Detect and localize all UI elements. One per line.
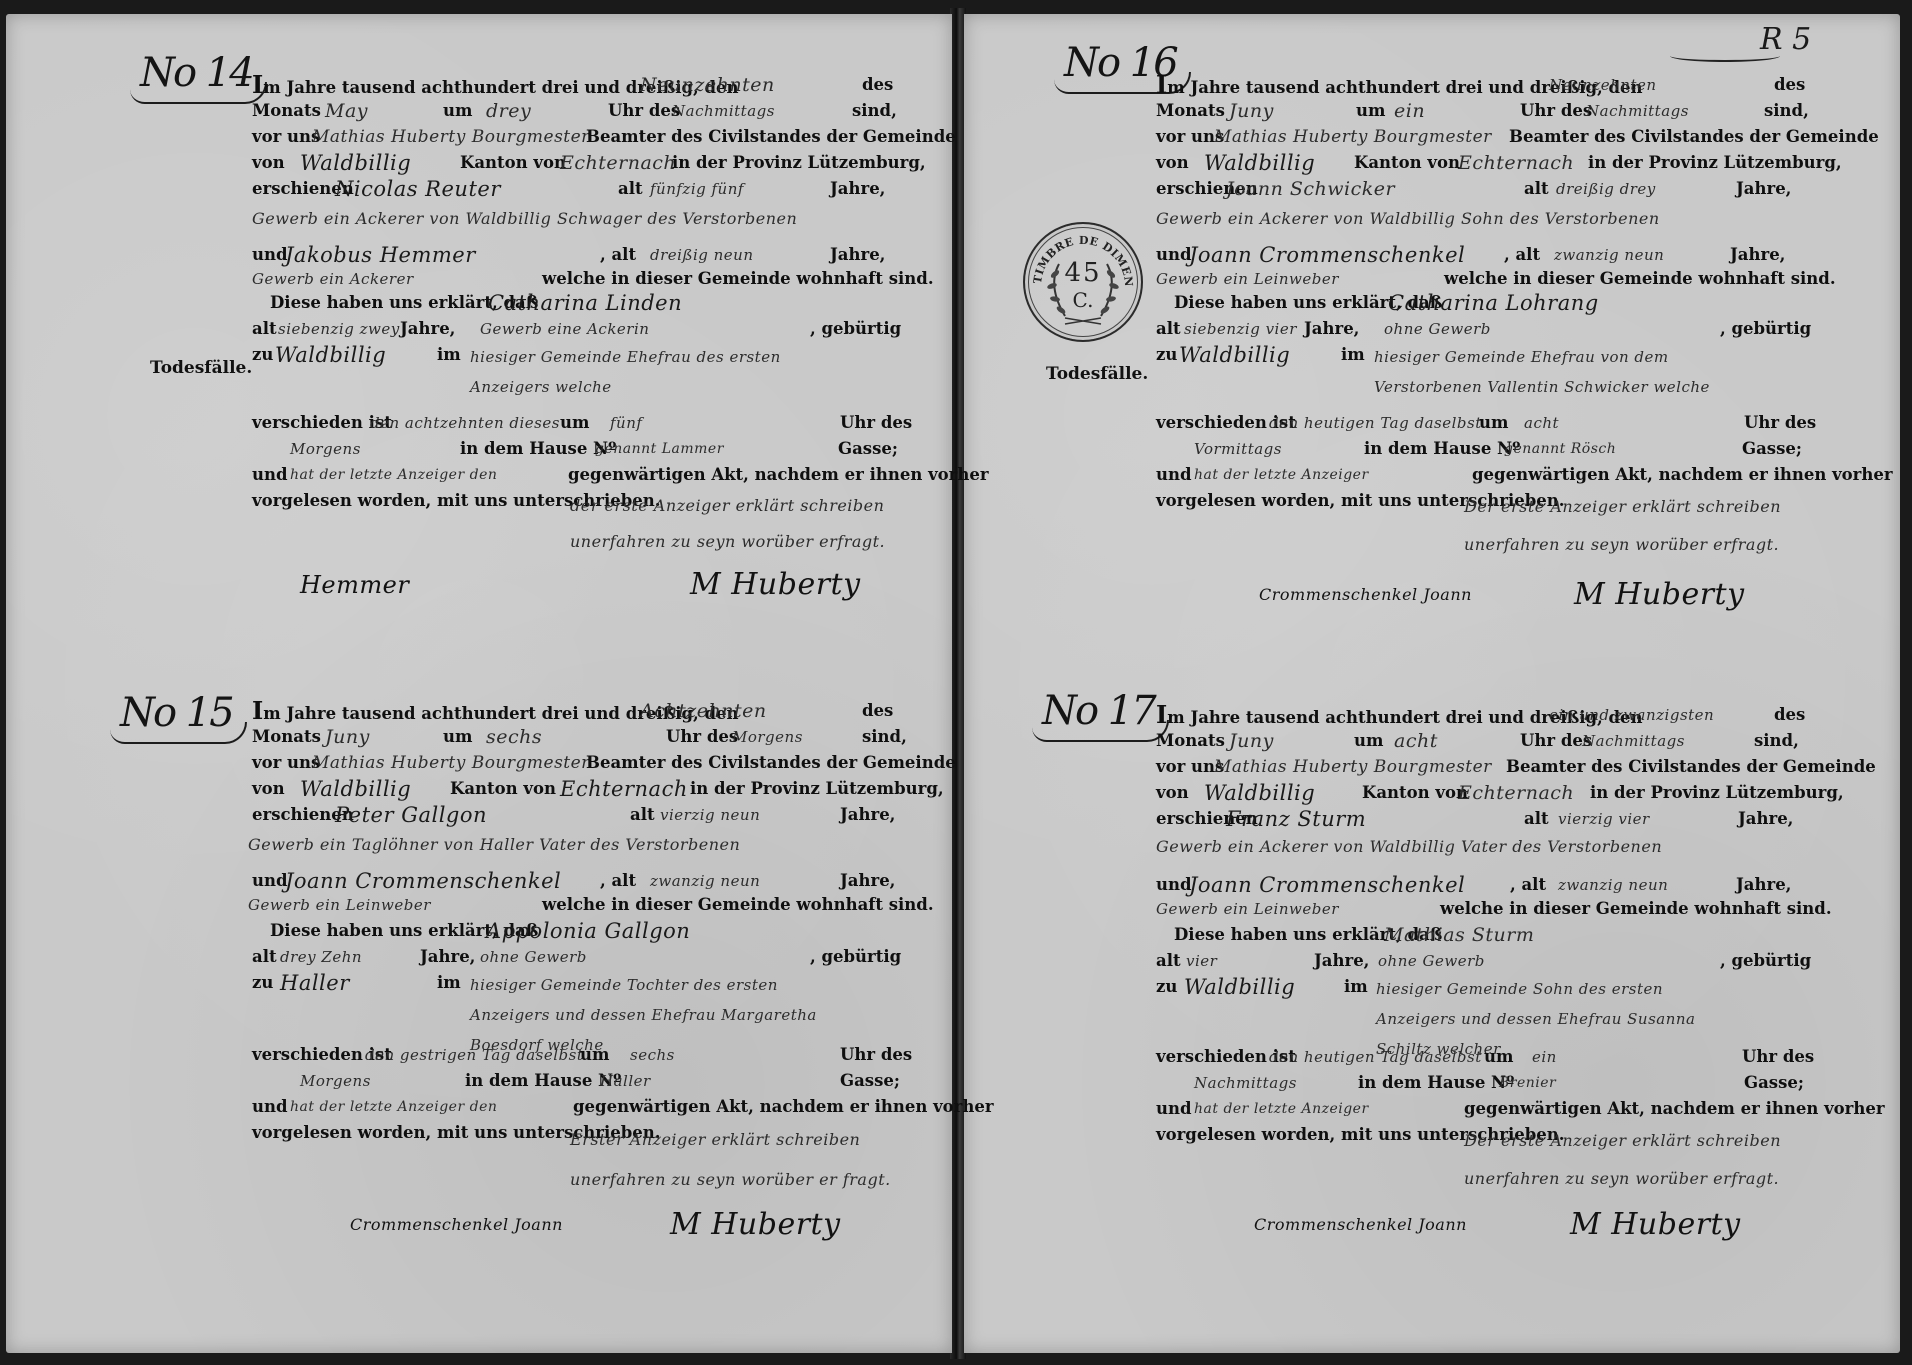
- deceased-occupation: Gewerb eine Ackerin: [480, 316, 649, 342]
- printed-text: Jahre,: [1314, 948, 1369, 974]
- printed-text: Uhr des: [840, 1042, 912, 1068]
- witness2-age: zwanzig neun: [650, 868, 760, 894]
- printed-text: in der Provinz Lützemburg,: [1588, 150, 1842, 176]
- printed-text: Jahre,: [830, 242, 885, 268]
- printed-text: welche in dieser Gemeinde wohnhaft sind.: [542, 266, 934, 292]
- entry-hour: sechs: [486, 724, 542, 750]
- entry-day: Neunzehnten: [640, 72, 775, 98]
- printed-text: um: [443, 98, 472, 124]
- entry-canton: Echternach: [560, 150, 676, 176]
- printed-text: Jahre,: [1736, 176, 1791, 202]
- printed-text: Beamter des Civilstandes der Gemeinde: [1506, 754, 1876, 780]
- printed-text: um: [1356, 98, 1385, 124]
- printed-text: Uhr des: [1742, 1044, 1814, 1070]
- death-day: den heutigen Tag daselbst: [1269, 1044, 1482, 1070]
- entry-month: Juny: [1229, 728, 1274, 754]
- printed-text: alt: [618, 176, 643, 202]
- printed-text: alt: [1156, 316, 1181, 342]
- deceased-name: Appolonia Gallgon: [486, 918, 690, 944]
- printed-text: und: [1156, 1096, 1192, 1122]
- entry-commune: Waldbillig: [300, 150, 411, 176]
- printed-text: , alt: [1510, 872, 1546, 898]
- witness2-name: Joann Crommenschenkel: [1189, 242, 1465, 268]
- entry-month: Juny: [1229, 98, 1274, 124]
- signature-witness: Crommenschenkel Joann: [1254, 1212, 1467, 1238]
- printed-text: Jahre,: [400, 316, 455, 342]
- printed-text: Monats: [1156, 728, 1225, 754]
- printed-text: um: [560, 410, 589, 436]
- printed-text: um: [1354, 728, 1383, 754]
- signed-note: hat der letzte Anzeiger den: [290, 1094, 497, 1120]
- deceased-name: Catharina Lohrang: [1388, 290, 1599, 316]
- printed-text: welche in dieser Gemeinde wohnhaft sind.: [542, 892, 934, 918]
- printed-text: Beamter des Civilstandes der Gemeinde: [1509, 124, 1879, 150]
- entry-canton: Echternach: [560, 776, 688, 802]
- printed-text: von: [1156, 780, 1189, 806]
- printed-text: gegenwärtigen Akt, nachdem er ihnen vorh…: [568, 462, 989, 488]
- printed-text: und: [1156, 242, 1192, 268]
- printed-text: alt: [1524, 176, 1549, 202]
- printed-text: Jahre,: [420, 944, 475, 970]
- signed-note: hat der letzte Anzeiger: [1194, 1096, 1369, 1122]
- signature-official: M Huberty: [690, 572, 861, 598]
- entry-15: No 15 Im Jahre tausend achthundert drei …: [0, 682, 952, 1362]
- printed-text: Uhr des: [608, 98, 680, 124]
- witness2-age: zwanzig neun: [1558, 872, 1668, 898]
- printed-text: Uhr des: [1744, 410, 1816, 436]
- printed-text: Kanton von: [1354, 150, 1460, 176]
- entry-14: No 14 Todesfälle. Im Jahre tausend achth…: [0, 0, 952, 680]
- printed-text: , alt: [600, 868, 636, 894]
- entry-official: Mathias Huberty Bourgmester: [1214, 124, 1492, 150]
- witness1-name: Joann Schwicker: [1226, 176, 1395, 202]
- printed-text: in der Provinz Lützemburg,: [672, 150, 926, 176]
- printed-text: , gebürtig: [810, 316, 901, 342]
- printed-text: um: [580, 1042, 609, 1068]
- death-hour: ein: [1532, 1044, 1557, 1070]
- entry-time-of-day: Nachmittags: [1586, 98, 1689, 124]
- printed-text: Uhr des: [1520, 98, 1592, 124]
- declaration-text: der erste Anzeiger erklärt schreiben une…: [570, 488, 930, 560]
- entry-official: Mathias Huberty Bourgmester: [312, 750, 590, 776]
- house: genannt Lammer: [595, 436, 724, 462]
- printed-text: Jahre,: [1736, 872, 1791, 898]
- house: Brenier: [1499, 1070, 1556, 1096]
- printed-text: des: [1774, 702, 1805, 728]
- printed-text: welche in dieser Gemeinde wohnhaft sind.: [1444, 266, 1836, 292]
- death-time-of-day: Vormittags: [1194, 436, 1282, 462]
- entry-canton: Echternach: [1458, 150, 1574, 176]
- printed-text: und: [1156, 872, 1192, 898]
- printed-text: Kanton von: [460, 150, 566, 176]
- witness1-age: vierzig neun: [660, 802, 760, 828]
- death-hour: fünf: [610, 410, 642, 436]
- printed-text: von: [1156, 150, 1189, 176]
- entry-month: Juny: [325, 724, 370, 750]
- printed-text: und: [252, 242, 288, 268]
- printed-text: und: [252, 1094, 288, 1120]
- printed-text: sind,: [852, 98, 897, 124]
- house: genannt Rösch: [1504, 436, 1616, 462]
- deceased-age: drey Zehn: [280, 944, 362, 970]
- witness2-name: Joann Crommenschenkel: [1189, 872, 1465, 898]
- printed-text: vor uns: [252, 124, 320, 150]
- death-day: den achtzehnten dieses: [370, 410, 560, 436]
- printed-text: sind,: [862, 724, 907, 750]
- printed-text: Beamter des Civilstandes der Gemeinde: [586, 750, 956, 776]
- witness2-description: Gewerb ein Leinweber: [1156, 896, 1339, 922]
- witness1-description: Gewerb ein Ackerer von Waldbillig Sohn d…: [1156, 206, 1660, 232]
- entry-day: Achtzehnten: [640, 698, 767, 724]
- deceased-occupation: ohne Gewerb: [1378, 948, 1485, 974]
- printed-text: Uhr des: [840, 410, 912, 436]
- entry-commune: Waldbillig: [1204, 150, 1315, 176]
- printed-text: , alt: [600, 242, 636, 268]
- printed-text: vor uns: [252, 750, 320, 776]
- printed-text: in der Provinz Lützemburg,: [690, 776, 944, 802]
- deceased-occupation: ohne Gewerb: [480, 944, 587, 970]
- printed-text: um: [1479, 410, 1508, 436]
- printed-text: von: [252, 150, 285, 176]
- signature-official: M Huberty: [1570, 1212, 1741, 1238]
- printed-text: alt: [630, 802, 655, 828]
- entry-hour: acht: [1394, 728, 1438, 754]
- printed-text: von: [252, 776, 285, 802]
- entry-16: No 16 Todesfälle. Im Jahre tausend achth…: [964, 0, 1900, 680]
- printed-text: in der Provinz Lützemburg,: [1590, 780, 1844, 806]
- printed-text: und: [252, 868, 288, 894]
- death-time-of-day: Morgens: [300, 1068, 371, 1094]
- relation-text: hiesiger Gemeinde Ehefrau von dem Versto…: [1374, 342, 1734, 402]
- signature-witness: Crommenschenkel Joann: [1259, 582, 1472, 608]
- printed-text: gegenwärtigen Akt, nachdem er ihnen vorh…: [573, 1094, 994, 1120]
- printed-text: Jahre,: [1730, 242, 1785, 268]
- entry-17: No 17 Im Jahre tausend achthundert drei …: [964, 682, 1900, 1362]
- witness2-age: zwanzig neun: [1554, 242, 1664, 268]
- death-hour: acht: [1524, 410, 1559, 436]
- entry-time-of-day: Nachmittags: [672, 98, 775, 124]
- printed-text: Jahre,: [1738, 806, 1793, 832]
- entry-official: Mathias Huberty Bourgmester: [1214, 754, 1492, 780]
- deceased-age: siebenzig zwey: [278, 316, 400, 342]
- signature-witness: Crommenschenkel Joann: [350, 1212, 563, 1238]
- signature-witness: Hemmer: [300, 572, 409, 598]
- witness1-age: fünfzig fünf: [650, 176, 744, 202]
- printed-text: Gasse;: [840, 1068, 900, 1094]
- death-day: den gestrigen Tag daselbst: [365, 1042, 583, 1068]
- witness2-name: Jakobus Hemmer: [285, 242, 476, 268]
- printed-text: alt: [1524, 806, 1549, 832]
- printed-text: sind,: [1764, 98, 1809, 124]
- deceased-age: vier: [1186, 948, 1217, 974]
- witness1-age: dreißig drey: [1556, 176, 1656, 202]
- printed-text: Kanton von: [1362, 780, 1468, 806]
- printed-text: Uhr des: [666, 724, 738, 750]
- deceased-name: Mathias Sturm: [1384, 922, 1534, 948]
- entry-day: Neunzehnten: [1549, 72, 1657, 98]
- entry-hour: drey: [486, 98, 531, 124]
- printed-text: in dem Hause Nº: [465, 1068, 621, 1094]
- printed-text: Jahre,: [840, 868, 895, 894]
- declaration-text: Der erste Anzeiger erklärt schreiben une…: [1464, 488, 1834, 564]
- declaration-text: Der erste Anzeiger erklärt schreiben une…: [1464, 1122, 1834, 1198]
- printed-text: und: [1156, 462, 1192, 488]
- printed-text: , gebürtig: [1720, 316, 1811, 342]
- declaration-text: Erster Anzeiger erklärt schreiben unerfa…: [570, 1120, 950, 1200]
- witness1-name: Nicolas Reuter: [335, 176, 501, 202]
- deceased-occupation: ohne Gewerb: [1384, 316, 1491, 342]
- printed-text: gegenwärtigen Akt, nachdem er ihnen vorh…: [1464, 1096, 1885, 1122]
- printed-text: Monats: [252, 724, 321, 750]
- printed-text: des: [862, 698, 893, 724]
- entry-hour: ein: [1394, 98, 1425, 124]
- printed-text: alt: [1156, 948, 1181, 974]
- deceased-age: siebenzig vier: [1184, 316, 1297, 342]
- printed-text: um: [443, 724, 472, 750]
- printed-text: welche in dieser Gemeinde wohnhaft sind.: [1440, 896, 1832, 922]
- printed-text: in dem Hause Nº: [1358, 1070, 1514, 1096]
- entry-commune: Waldbillig: [1204, 780, 1315, 806]
- entry-time-of-day: Morgens: [732, 724, 803, 750]
- printed-text: in dem Hause Nº: [460, 436, 616, 462]
- witness1-age: vierzig vier: [1558, 806, 1650, 832]
- printed-text: Monats: [252, 98, 321, 124]
- printed-text: , gebürtig: [1720, 948, 1811, 974]
- deceased-name: Catharina Linden: [488, 290, 682, 316]
- printed-text: Monats: [1156, 98, 1225, 124]
- witness2-description: Gewerb ein Leinweber: [248, 892, 431, 918]
- printed-text: Jahre,: [840, 802, 895, 828]
- signature-official: M Huberty: [1574, 582, 1745, 608]
- witness2-description: Gewerb ein Leinweber: [1156, 266, 1339, 292]
- printed-text: Beamter des Civilstandes der Gemeinde: [586, 124, 956, 150]
- printed-text: Gasse;: [838, 436, 898, 462]
- printed-text: des: [1774, 72, 1805, 98]
- printed-text: alt: [252, 944, 277, 970]
- printed-text: um: [1484, 1044, 1513, 1070]
- printed-text: Jahre,: [1304, 316, 1359, 342]
- printed-text: gegenwärtigen Akt, nachdem er ihnen vorh…: [1472, 462, 1893, 488]
- printed-text: , alt: [1504, 242, 1540, 268]
- printed-text: Gasse;: [1742, 436, 1802, 462]
- witness1-description: Gewerb ein Taglöhner von Haller Vater de…: [248, 832, 740, 858]
- printed-text: Kanton von: [450, 776, 556, 802]
- printed-text: , gebürtig: [810, 944, 901, 970]
- printed-text: Jahre,: [830, 176, 885, 202]
- entry-official: Mathias Huberty Bourgmester: [312, 124, 590, 150]
- witness2-description: Gewerb ein Ackerer: [252, 266, 414, 292]
- printed-text: des: [862, 72, 893, 98]
- witness1-description: Gewerb ein Ackerer von Waldbillig Vater …: [1156, 834, 1662, 860]
- entry-time-of-day: Nachmittags: [1582, 728, 1685, 754]
- death-time-of-day: Nachmittags: [1194, 1070, 1297, 1096]
- death-hour: sechs: [630, 1042, 675, 1068]
- witness2-age: dreißig neun: [650, 242, 754, 268]
- death-day: den heutigen Tag daselbst: [1269, 410, 1482, 436]
- entry-commune: Waldbillig: [300, 776, 411, 802]
- printed-text: alt: [252, 316, 277, 342]
- witness1-name: Peter Gallgon: [335, 802, 487, 828]
- death-time-of-day: Morgens: [290, 436, 361, 462]
- witness1-description: Gewerb ein Ackerer von Waldbillig Schwag…: [252, 206, 797, 232]
- printed-text: in dem Hause Nº: [1364, 436, 1520, 462]
- printed-text: Gasse;: [1744, 1070, 1804, 1096]
- witness1-name: Franz Sturm: [1226, 806, 1366, 832]
- house: Haller: [600, 1068, 651, 1094]
- printed-text: sind,: [1754, 728, 1799, 754]
- signed-note: hat der letzte Anzeiger den: [290, 462, 497, 488]
- witness2-name: Joann Crommenschenkel: [285, 868, 561, 894]
- signed-note: hat der letzte Anzeiger: [1194, 462, 1369, 488]
- entry-month: May: [325, 98, 368, 124]
- relation-text: hiesiger Gemeinde Ehefrau des ersten Anz…: [470, 342, 830, 402]
- printed-text: und: [252, 462, 288, 488]
- signature-official: M Huberty: [670, 1212, 841, 1238]
- entry-canton: Echternach: [1458, 780, 1574, 806]
- entry-day: ein und zwanzigsten: [1549, 702, 1714, 728]
